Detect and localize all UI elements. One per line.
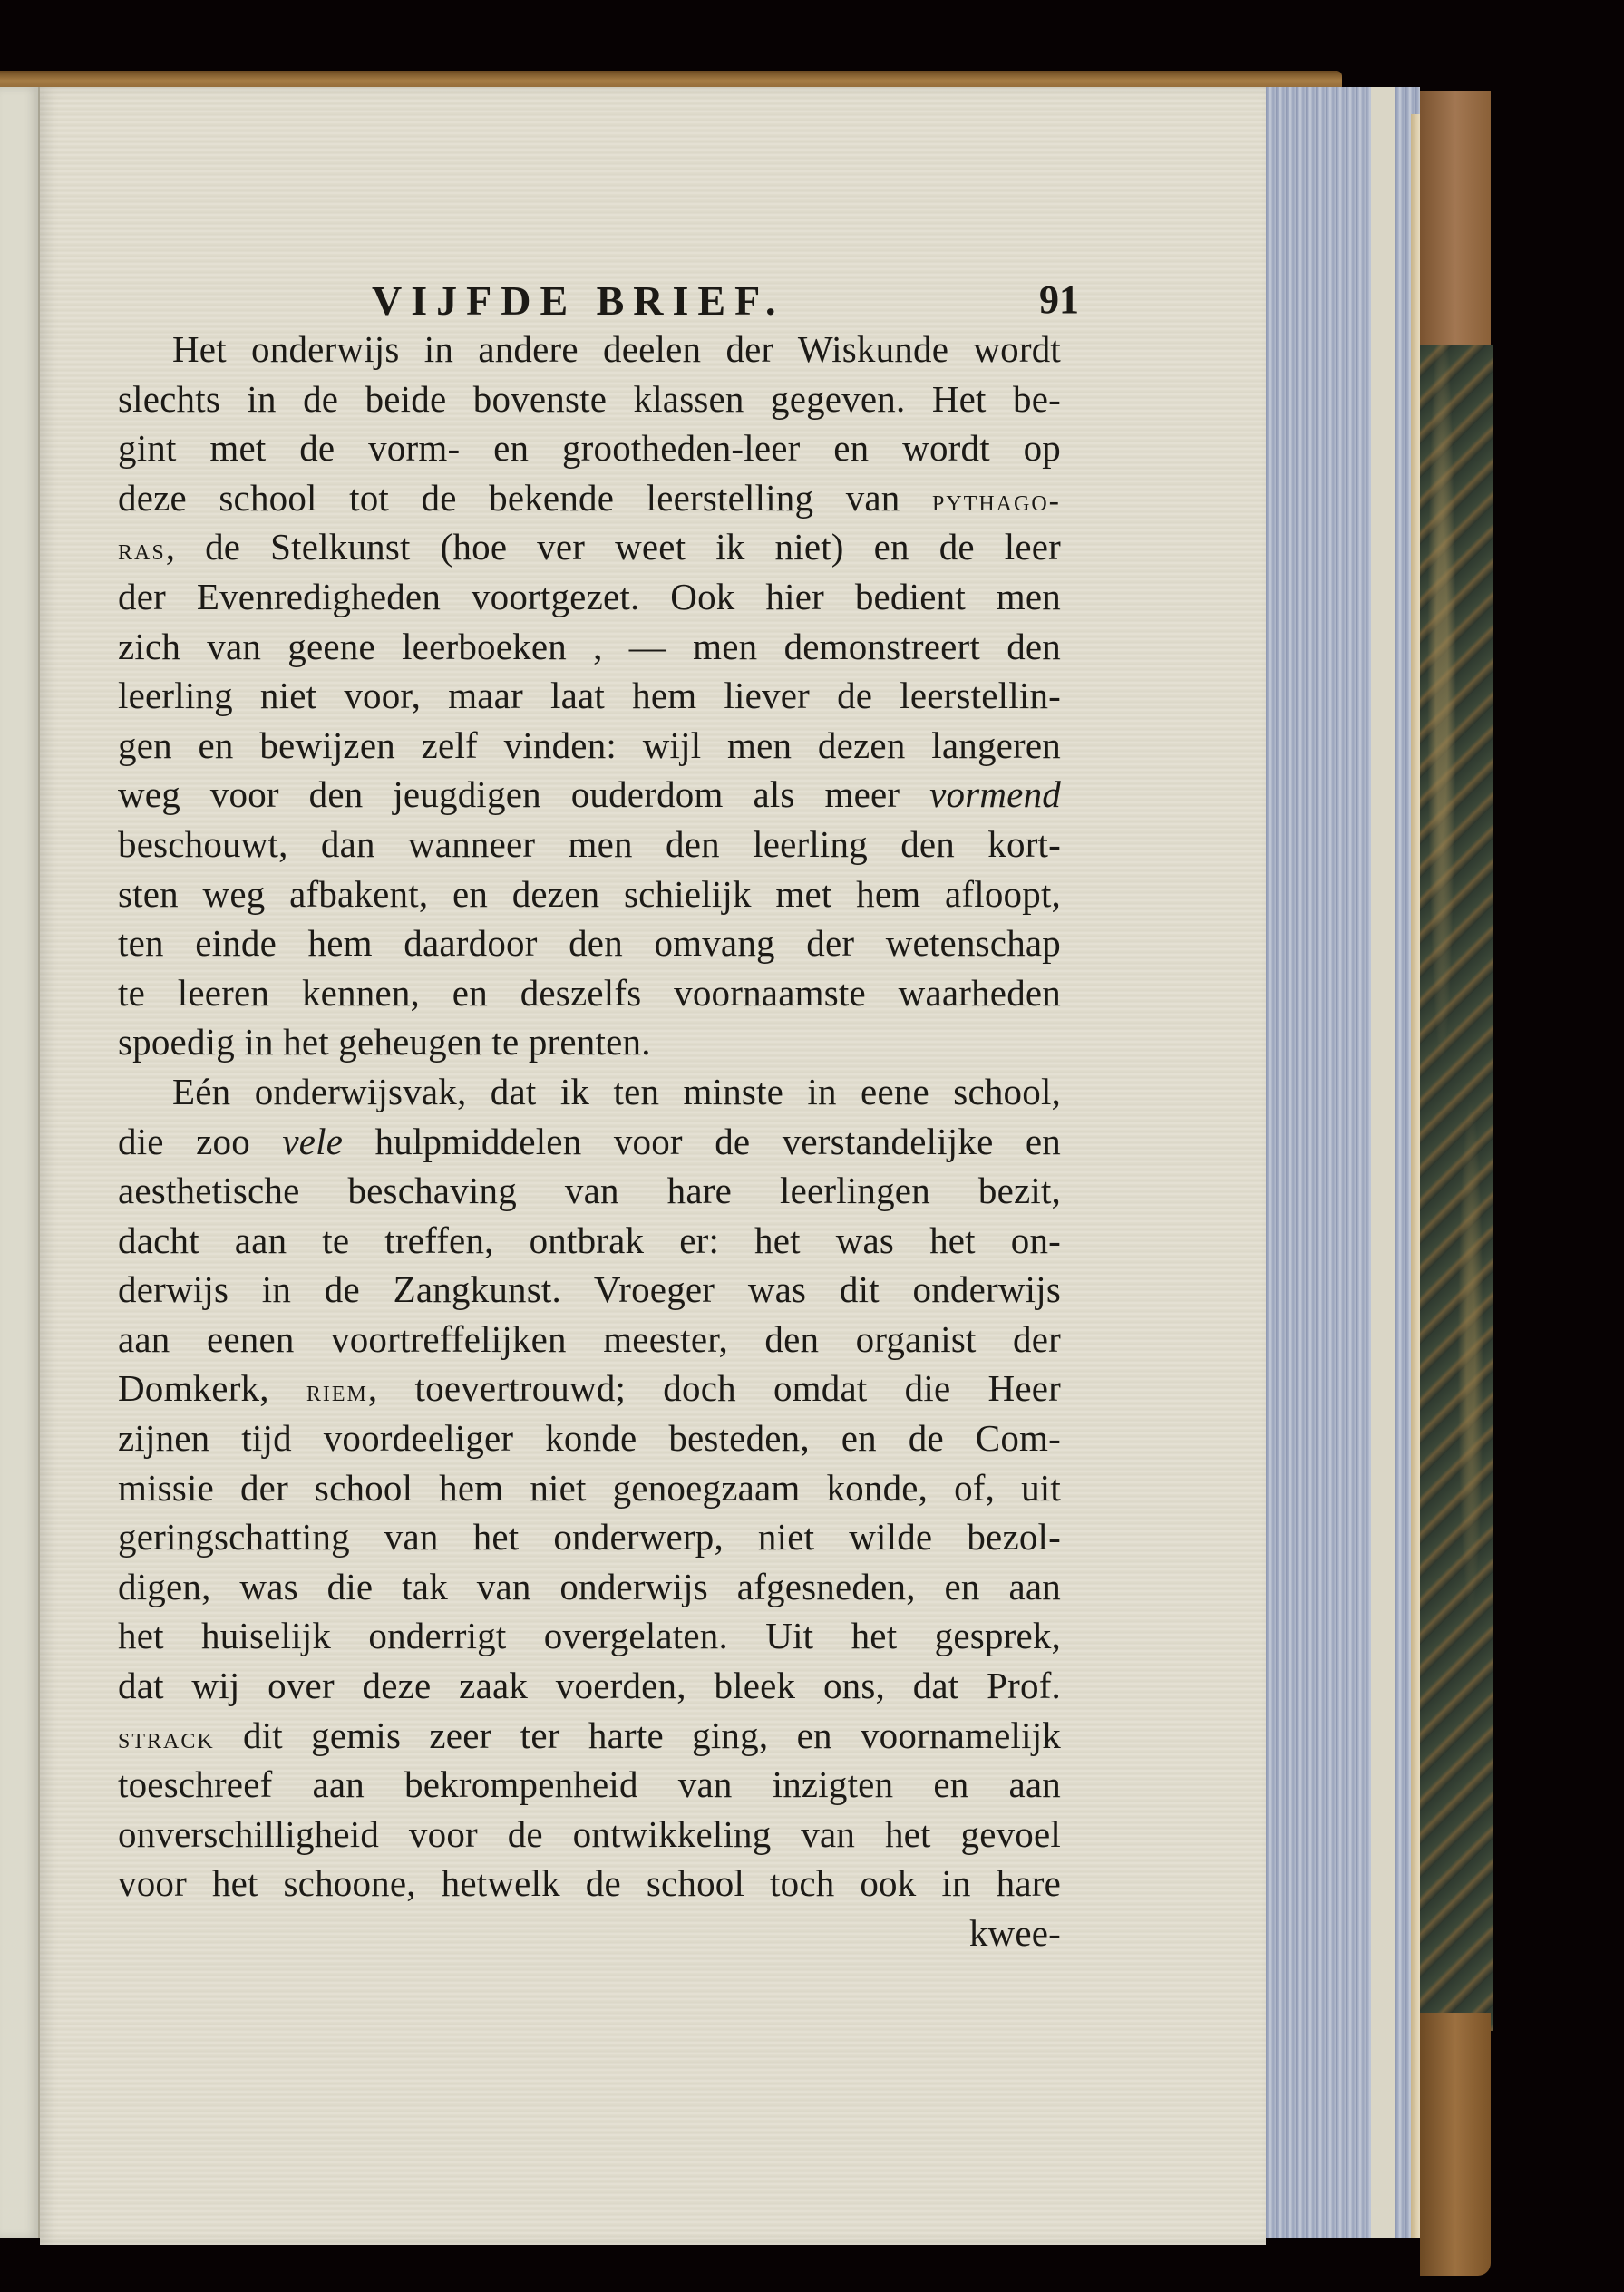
text-line: ten einde hem daardoor den omvang der we… [118,918,1061,968]
text-segment: Eén onderwijsvak, dat ik ten minste in e… [172,1071,1061,1112]
text-line: Het onderwijs in andere deelen der Wisku… [118,325,1061,374]
catchword: kwee- [118,1908,1061,1958]
text-segment: zich van geene leerboeken , — men demons… [118,626,1061,667]
text-line: digen, was die tak van onderwijs afgesne… [118,1562,1061,1612]
text-line: dacht aan te treffen, ontbrak er: het wa… [118,1216,1061,1266]
text-segment: zijnen tijd voordeeliger konde besteden,… [118,1417,1061,1459]
text-segment: ten einde hem daardoor den omvang der we… [118,922,1061,964]
inserted-leaf-edge [1371,87,1395,2238]
text-segment: beschouwt, dan wanneer men den leerling … [118,823,1061,865]
text-segment: digen, was die tak van onderwijs afgesne… [118,1566,1061,1607]
text-segment: weg voor den jeugdigen ouderdom als meer [118,773,929,815]
text-segment: sten weg afbakent, en dezen schielijk me… [118,873,1061,915]
text-line: aesthetische beschaving van hare leerlin… [118,1166,1061,1216]
text-line: aan eenen voortreffelijken meester, den … [118,1315,1061,1365]
body-text: Het onderwijs in andere deelen der Wisku… [118,325,1061,1958]
text-line: sten weg afbakent, en dezen schielijk me… [118,869,1061,919]
text-segment: die zoo [118,1121,282,1162]
text-line: spoedig in het geheugen te prenten. [118,1017,1061,1067]
text-line: dat wij over deze zaak voerden, bleek on… [118,1661,1061,1711]
text-line: deze school tot de bekende leerstelling … [118,473,1061,523]
text-line: te leeren kennen, en deszelfs voornaamst… [118,968,1061,1018]
text-segment: slechts in de beide bovenste klassen geg… [118,378,1061,420]
small-caps-name: ras [118,533,166,567]
text-segment: der Evenredigheden voortgezet. Ook hier … [118,576,1061,617]
text-segment: dat wij over deze zaak voerden, bleek on… [118,1665,1061,1706]
left-page-edge [0,87,41,2238]
text-line: zich van geene leerboeken , — men demons… [118,622,1061,672]
text-segment: Domkerk, [118,1367,306,1409]
text-line: weg voor den jeugdigen ouderdom als meer… [118,770,1061,820]
text-segment: onverschilligheid voor de ontwikkeling v… [118,1813,1061,1855]
small-caps-name: strack [118,1722,215,1755]
text-segment: toeschreef aan bekrompenheid van inzigte… [118,1763,1061,1805]
italic-emphasis: vele [282,1121,343,1162]
text-segment: het huiselijk onderrigt overgelaten. Uit… [118,1615,1061,1656]
text-line: leerling niet voor, maar laat hem liever… [118,671,1061,721]
marbled-cover-board [1420,345,1493,2031]
text-segment: leerling niet voor, maar laat hem liever… [118,675,1061,716]
text-line: toeschreef aan bekrompenheid van inzigte… [118,1760,1061,1810]
text-segment: derwijs in de Zangkunst. Vroeger was dit… [118,1268,1061,1310]
text-segment: , toevertrouwd; doch omdat die Heer [368,1367,1061,1409]
leather-corner-bottom [1420,2013,1491,2276]
running-head-title: VIJFDE BRIEF. [372,277,784,325]
text-line: voor het schoone, hetwelk de school toch… [118,1859,1061,1908]
small-caps-name: riem [306,1374,368,1408]
text-segment: Het onderwijs in andere deelen der Wisku… [172,328,1061,370]
text-line: Eén onderwijsvak, dat ik ten minste in e… [118,1067,1061,1117]
text-line: slechts in de beide bovenste klassen geg… [118,374,1061,424]
text-segment: hulpmiddelen voor de verstandelijke en [343,1121,1061,1162]
text-line: het huiselijk onderrigt overgelaten. Uit… [118,1611,1061,1661]
text-line: gen en bewijzen zelf vinden: wijl men de… [118,721,1061,771]
text-line: onverschilligheid voor de ontwikkeling v… [118,1810,1061,1860]
text-segment: deze school tot de bekende leerstelling … [118,477,932,519]
page-number: 91 [1039,277,1079,323]
text-line: Domkerk, riem, toevertrouwd; doch omdat … [118,1364,1061,1413]
text-line: derwijs in de Zangkunst. Vroeger was dit… [118,1265,1061,1315]
text-segment: aan eenen voortreffelijken meester, den … [118,1318,1061,1360]
text-line: strack dit gemis zeer ter harte ging, en… [118,1711,1061,1761]
text-lines: Het onderwijs in andere deelen der Wisku… [118,325,1061,1908]
board-inner-edge [1411,114,1420,2238]
leather-corner-top [1420,91,1491,354]
text-line: gint met de vorm- en grootheden-leer en … [118,423,1061,473]
text-segment: te leeren kennen, en deszelfs voornaamst… [118,972,1061,1014]
small-caps-name: pythago- [932,484,1061,518]
text-line: geringschatting van het onderwerp, niet … [118,1512,1061,1562]
text-line: beschouwt, dan wanneer men den leerling … [118,820,1061,869]
text-segment: gen en bewijzen zelf vinden: wijl men de… [118,724,1061,766]
text-segment: geringschatting van het onderwerp, niet … [118,1516,1061,1558]
text-segment: spoedig in het geheugen te prenten. [118,1021,651,1063]
text-segment: dacht aan te treffen, ontbrak er: het wa… [118,1219,1061,1261]
text-segment: missie der school hem niet genoegzaam ko… [118,1467,1061,1509]
page-fore-edges [1266,87,1420,2238]
text-segment: dit gemis zeer ter harte ging, en voorna… [215,1714,1061,1756]
text-line: missie der school hem niet genoegzaam ko… [118,1463,1061,1513]
text-line: die zoo vele hulpmiddelen voor de versta… [118,1117,1061,1167]
text-segment: aesthetische beschaving van hare leerlin… [118,1170,1061,1211]
text-line: der Evenredigheden voortgezet. Ook hier … [118,572,1061,622]
italic-emphasis: vormend [929,773,1061,815]
running-head: VIJFDE BRIEF. 91 [372,277,1115,331]
text-segment: gint met de vorm- en grootheden-leer en … [118,427,1061,469]
text-line: zijnen tijd voordeeliger konde besteden,… [118,1413,1061,1463]
text-segment: , de Stelkunst (hoe ver weet ik niet) en… [166,526,1061,568]
text-line: ras, de Stelkunst (hoe ver weet ik niet)… [118,522,1061,572]
text-segment: voor het schoone, hetwelk de school toch… [118,1862,1061,1904]
